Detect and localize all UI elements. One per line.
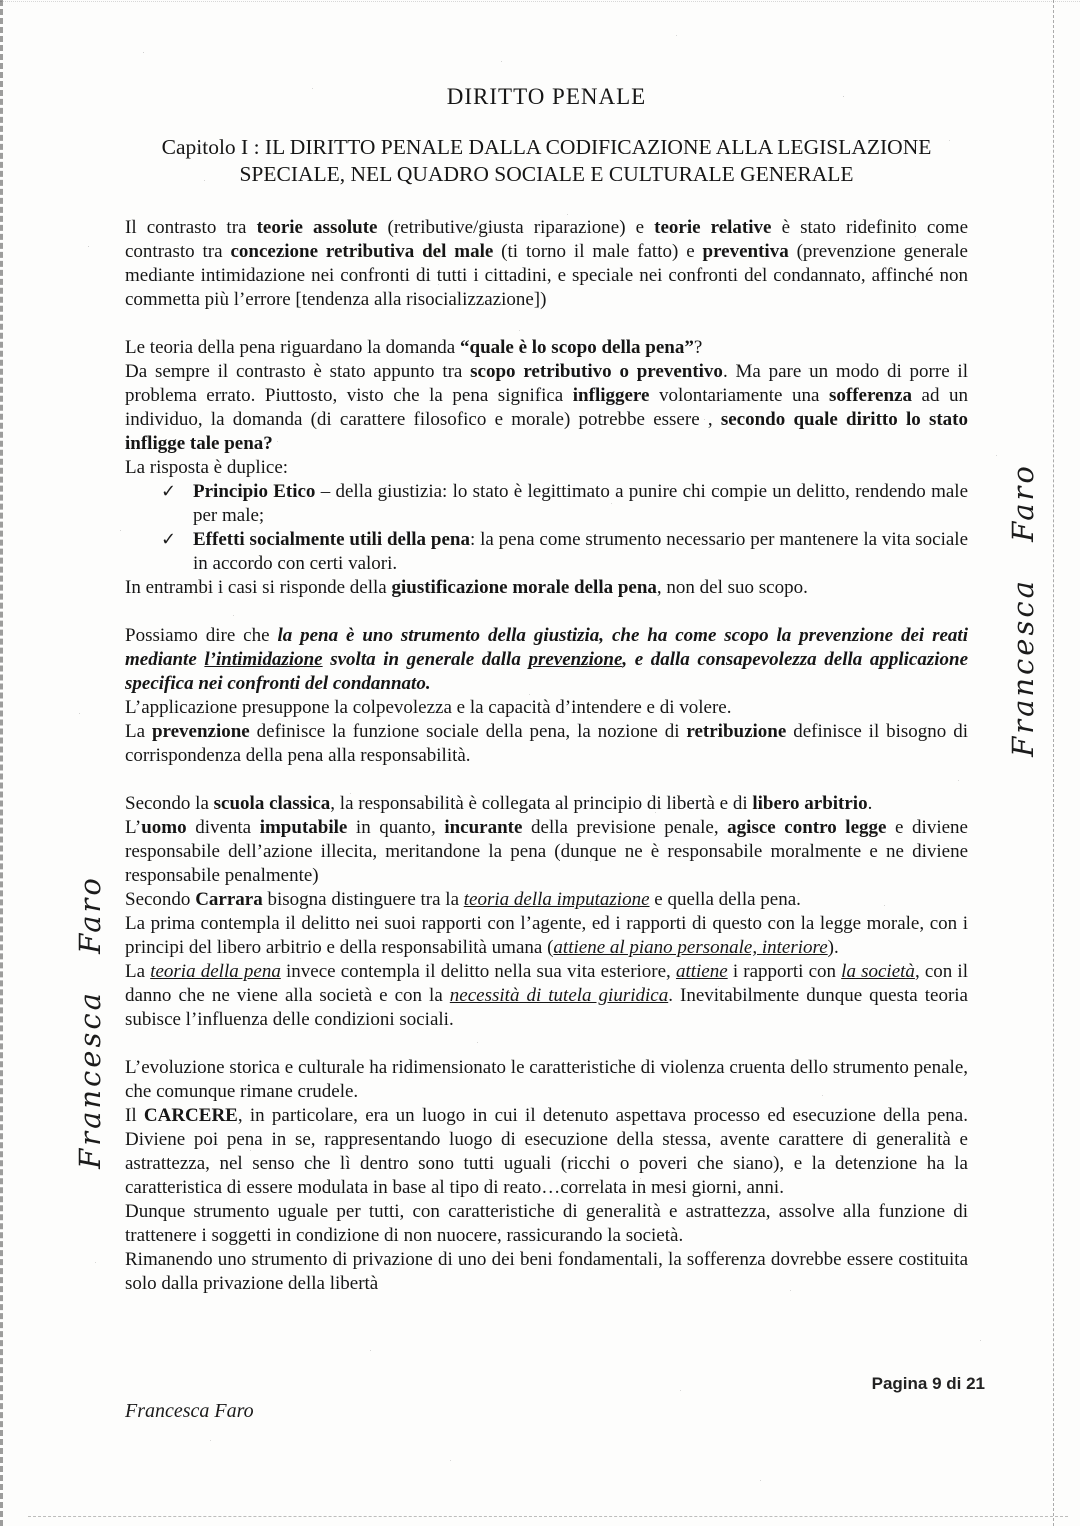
text-run: libero arbitrio <box>752 793 867 814</box>
text-run: della previsione penale, <box>522 817 727 838</box>
paragraph: Possiamo dire che la pena è uno strument… <box>125 624 968 696</box>
text-run: “quale è lo scopo della pena” <box>460 337 694 358</box>
document-section: Secondo la scuola classica, la responsab… <box>125 792 968 1032</box>
bullet-item: ✓Principio Etico – della giustizia: lo s… <box>161 480 968 528</box>
text-run: in quanto, <box>347 817 444 838</box>
text-run: prevenzione <box>152 721 250 742</box>
paragraph: La prevenzione definisce la funzione soc… <box>125 720 968 768</box>
text-run: (retributive/giusta riparazione) e <box>377 217 654 238</box>
text-run: Effetti socialmente utili della pena <box>193 529 470 550</box>
paragraph: La teoria della pena invece contempla il… <box>125 960 968 1032</box>
text-run: Possiamo dire che <box>125 625 277 646</box>
scan-edge-right <box>1053 0 1054 1526</box>
document-section: L’evoluzione storica e culturale ha ridi… <box>125 1056 968 1296</box>
chapter-heading: Capitolo I : IL DIRITTO PENALE DALLA COD… <box>125 134 968 188</box>
document-section: Le teoria della pena riguardano la doman… <box>125 336 968 600</box>
text-run: teorie relative <box>654 217 771 238</box>
text-run: retribuzione <box>686 721 786 742</box>
document-title: DIRITTO PENALE <box>125 84 968 110</box>
text-run: La risposta è duplice: <box>125 457 288 478</box>
text-run: definisce la funzione sociale della pena… <box>250 721 687 742</box>
text-run: Secondo la <box>125 793 214 814</box>
watermark-right: Francesca Faro <box>1006 440 1040 780</box>
text-run: L’evoluzione storica e culturale ha ridi… <box>125 1057 968 1102</box>
text-run: agisce contro legge <box>727 817 886 838</box>
text-run: , non del suo scopo. <box>657 577 808 598</box>
scan-edge-top <box>0 1 1080 2</box>
text-run: In entrambi i casi si risponde della <box>125 577 391 598</box>
text-run: CARCERE <box>144 1105 238 1126</box>
text-run: teoria della pena <box>150 961 281 982</box>
paragraph: Dunque strumento uguale per tutti, con c… <box>125 1200 968 1248</box>
text-run: scopo retributivo o preventivo <box>470 361 723 382</box>
paragraph: L’uomo diventa imputabile in quanto, inc… <box>125 816 968 888</box>
text-run: La <box>125 721 152 742</box>
text-run: concezione retributiva del male <box>230 241 493 262</box>
bullet-text: Effetti socialmente utili della pena: la… <box>193 528 968 576</box>
paragraph: Da sempre il contrasto è stato appunto t… <box>125 360 968 456</box>
text-run: Carrara <box>195 889 263 910</box>
text-run: l’intimidazione <box>204 649 322 670</box>
bullet-text: Principio Etico – della giustizia: lo st… <box>193 480 968 528</box>
paragraph: In entrambi i casi si risponde della giu… <box>125 576 968 600</box>
text-run: Secondo <box>125 889 195 910</box>
text-run: sofferenza <box>829 385 912 406</box>
text-run: e quella della pena. <box>650 889 801 910</box>
text-run: attiene al piano personale, interiore <box>553 937 827 958</box>
text-run: ? <box>694 337 702 358</box>
paragraph: Le teoria della pena riguardano la doman… <box>125 336 968 360</box>
text-run: Dunque strumento uguale per tutti, con c… <box>125 1201 968 1246</box>
document-section: Il contrasto tra teorie assolute (retrib… <box>125 216 968 312</box>
text-run: teoria della imputazione <box>464 889 650 910</box>
text-run: scuola classica <box>214 793 331 814</box>
page-number: Pagina 9 di 21 <box>872 1374 985 1394</box>
text-run: Il contrasto tra <box>125 217 257 238</box>
text-run: diventa <box>187 817 260 838</box>
text-run: (ti torno il male fatto) e <box>493 241 702 262</box>
text-run: Rimanendo uno strumento di privazione di… <box>125 1249 968 1294</box>
text-run: svolta in generale dalla <box>323 649 529 670</box>
text-run: attiene <box>676 961 728 982</box>
text-run: La prima contempla il delitto nei suoi r… <box>125 913 968 958</box>
paragraph: Il CARCERE, in particolare, era un luogo… <box>125 1104 968 1200</box>
text-run: teorie assolute <box>257 217 378 238</box>
text-run: Principio Etico <box>193 481 315 502</box>
text-run: infliggere <box>573 385 650 406</box>
document-content: DIRITTO PENALE Capitolo I : IL DIRITTO P… <box>125 84 968 1320</box>
watermark-left: Francesca Faro <box>73 847 107 1197</box>
text-run: la società <box>841 961 915 982</box>
text-run: invece contempla il delitto nella sua vi… <box>281 961 676 982</box>
text-run: volontariamente una <box>649 385 829 406</box>
text-run: , in particolare, era un luogo in cui il… <box>125 1105 968 1198</box>
author-signature: Francesca Faro <box>125 1400 254 1423</box>
paragraph: La risposta è duplice: <box>125 456 968 480</box>
paragraph: Secondo la scuola classica, la responsab… <box>125 792 968 816</box>
text-run: Il <box>125 1105 144 1126</box>
text-run: ). <box>828 937 839 958</box>
text-run: preventiva <box>703 241 789 262</box>
text-run: , la responsabilità è collegata al princ… <box>330 793 752 814</box>
text-run: . <box>868 793 873 814</box>
document-section: Possiamo dire che la pena è uno strument… <box>125 624 968 768</box>
text-run: incurante <box>444 817 522 838</box>
text-run: i rapporti con <box>728 961 842 982</box>
paragraph: L’evoluzione storica e culturale ha ridi… <box>125 1056 968 1104</box>
scan-edge-bottom <box>28 1516 1068 1517</box>
text-run: uomo <box>141 817 186 838</box>
text-run: Da sempre il contrasto è stato appunto t… <box>125 361 470 382</box>
paragraph: Il contrasto tra teorie assolute (retrib… <box>125 216 968 312</box>
text-run: L’ <box>125 817 141 838</box>
text-run: bisogna distinguere tra la <box>263 889 464 910</box>
paragraph: Rimanendo uno strumento di privazione di… <box>125 1248 968 1296</box>
chapter-heading-line2: SPECIALE, NEL QUADRO SOCIALE E CULTURALE… <box>125 161 968 188</box>
text-run: giustificazione morale della pena <box>391 577 656 598</box>
text-run: prevenzione <box>528 649 622 670</box>
checkmark-icon: ✓ <box>161 528 193 576</box>
text-run: imputabile <box>260 817 348 838</box>
bullet-item: ✓Effetti socialmente utili della pena: l… <box>161 528 968 576</box>
text-run: La <box>125 961 150 982</box>
text-run: necessità di tutela giuridica <box>450 985 668 1006</box>
paragraph: La prima contempla il delitto nei suoi r… <box>125 912 968 960</box>
text-run: Le teoria della pena riguardano la doman… <box>125 337 460 358</box>
paragraph: L’applicazione presuppone la colpevolezz… <box>125 696 968 720</box>
scan-edge-left <box>0 0 3 1526</box>
scanned-document-page: Francesca Faro Francesca Faro DIRITTO PE… <box>0 0 1080 1526</box>
chapter-heading-line1: Capitolo I : IL DIRITTO PENALE DALLA COD… <box>125 134 968 161</box>
checkmark-icon: ✓ <box>161 480 193 528</box>
paragraph: Secondo Carrara bisogna distinguere tra … <box>125 888 968 912</box>
document-body: Il contrasto tra teorie assolute (retrib… <box>125 216 968 1296</box>
scan-noise <box>0 0 1 1</box>
text-run: L’applicazione presuppone la colpevolezz… <box>125 697 731 718</box>
